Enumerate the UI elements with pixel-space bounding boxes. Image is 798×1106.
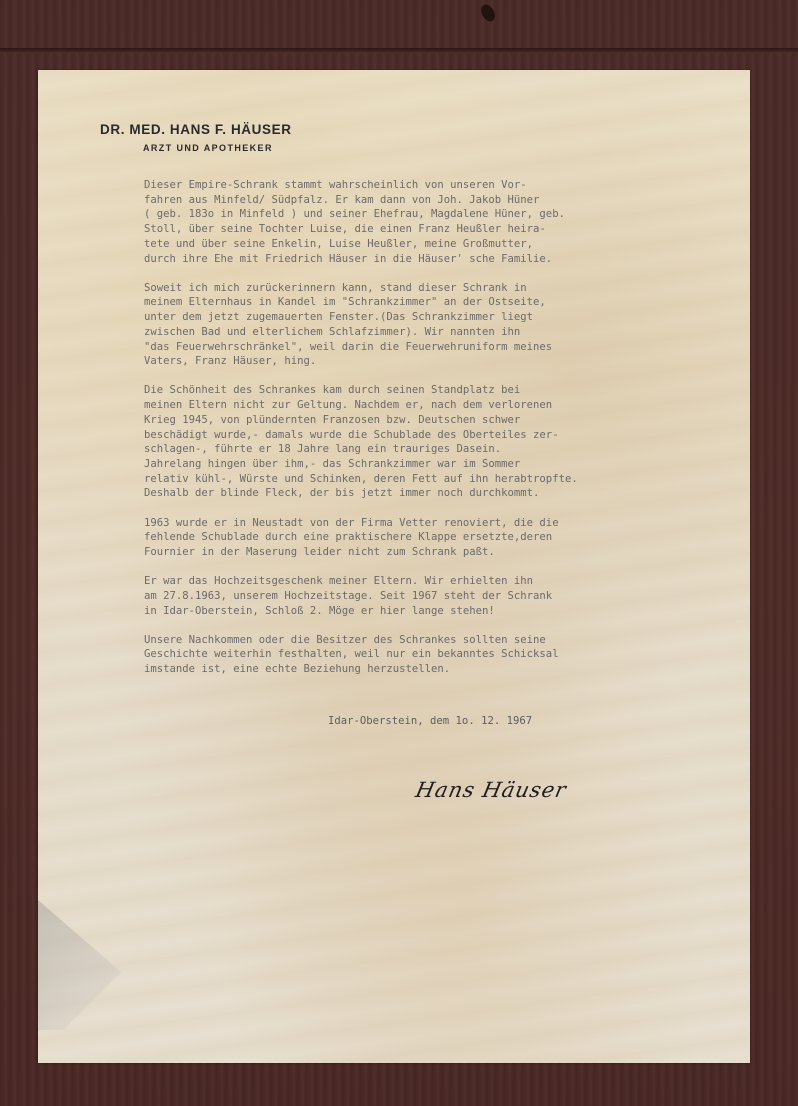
text-line: beschädigt wurde,- damals wurde die Schu… bbox=[144, 428, 664, 443]
text-line: Krieg 1945, von plündernten Franzosen bz… bbox=[144, 413, 664, 428]
letterhead-title: ARZT UND APOTHEKER bbox=[143, 143, 292, 153]
text-line: "das Feuerwehrschränkel", weil darin die… bbox=[144, 340, 664, 355]
text-line: ( geb. 183o in Minfeld ) und seiner Ehef… bbox=[144, 207, 664, 222]
text-line: Dieser Empire-Schrank stammt wahrscheinl… bbox=[144, 178, 664, 193]
folded-corner bbox=[38, 900, 188, 1030]
text-line: meinen Eltern nicht zur Geltung. Nachdem… bbox=[144, 398, 664, 413]
text-line: imstande ist, eine echte Beziehung herzu… bbox=[144, 662, 664, 677]
text-line: fehlende Schublade durch eine praktische… bbox=[144, 530, 664, 545]
paragraph-1: Dieser Empire-Schrank stammt wahrscheinl… bbox=[144, 178, 664, 266]
text-line: fahren aus Minfeld/ Südpfalz. Er kam dan… bbox=[144, 193, 664, 208]
wood-board-seam bbox=[0, 48, 798, 53]
letter-body: Dieser Empire-Schrank stammt wahrscheinl… bbox=[144, 178, 664, 691]
place-date-line: Idar-Oberstein, dem 1o. 12. 1967 bbox=[328, 715, 532, 727]
text-line: Vaters, Franz Häuser, hing. bbox=[144, 354, 664, 369]
text-line: meinem Elternhaus in Kandel im "Schrankz… bbox=[144, 295, 664, 310]
signature: Hans Häuser bbox=[413, 778, 569, 802]
text-line: Soweit ich mich zurückerinnern kann, sta… bbox=[144, 281, 664, 296]
paragraph-2: Soweit ich mich zurückerinnern kann, sta… bbox=[144, 281, 664, 369]
text-line: Stoll, über seine Tochter Luise, die ein… bbox=[144, 222, 664, 237]
letter-paper: DR. MED. HANS F. HÄUSER ARZT UND APOTHEK… bbox=[38, 70, 750, 1063]
text-line: unter dem jetzt zugemauerten Fenster.(Da… bbox=[144, 310, 664, 325]
text-line: Jahrelang hingen über ihm,- das Schrankz… bbox=[144, 457, 664, 472]
text-line: 1963 wurde er in Neustadt von der Firma … bbox=[144, 516, 664, 531]
text-line: Geschichte weiterhin festhalten, weil nu… bbox=[144, 647, 664, 662]
paragraph-6: Unsere Nachkommen oder die Besitzer des … bbox=[144, 633, 664, 677]
text-line: Unsere Nachkommen oder die Besitzer des … bbox=[144, 633, 664, 648]
text-line: am 27.8.1963, unserem Hochzeitstage. Sei… bbox=[144, 589, 664, 604]
text-line: zwischen Bad und elterlichem Schlafzimme… bbox=[144, 325, 664, 340]
text-line: Er war das Hochzeitsgeschenk meiner Elte… bbox=[144, 574, 664, 589]
text-line: relativ kühl-, Würste und Schinken, dere… bbox=[144, 472, 664, 487]
text-line: Deshalb der blinde Fleck, der bis jetzt … bbox=[144, 486, 664, 501]
wood-knot bbox=[478, 2, 497, 24]
text-line: Die Schönheit des Schrankes kam durch se… bbox=[144, 383, 664, 398]
text-line: schlagen-, führte er 18 Jahre lang ein t… bbox=[144, 442, 664, 457]
paragraph-3: Die Schönheit des Schrankes kam durch se… bbox=[144, 383, 664, 501]
text-line: in Idar-Oberstein, Schloß 2. Möge er hie… bbox=[144, 604, 664, 619]
paragraph-4: 1963 wurde er in Neustadt von der Firma … bbox=[144, 516, 664, 560]
text-line: tete und über seine Enkelin, Luise Heußl… bbox=[144, 237, 664, 252]
text-line: Fournier in der Maserung leider nicht zu… bbox=[144, 545, 664, 560]
text-line: durch ihre Ehe mit Friedrich Häuser in d… bbox=[144, 252, 664, 267]
letterhead-name: DR. MED. HANS F. HÄUSER bbox=[100, 122, 292, 137]
letterhead: DR. MED. HANS F. HÄUSER ARZT UND APOTHEK… bbox=[100, 122, 292, 153]
paragraph-5: Er war das Hochzeitsgeschenk meiner Elte… bbox=[144, 574, 664, 618]
